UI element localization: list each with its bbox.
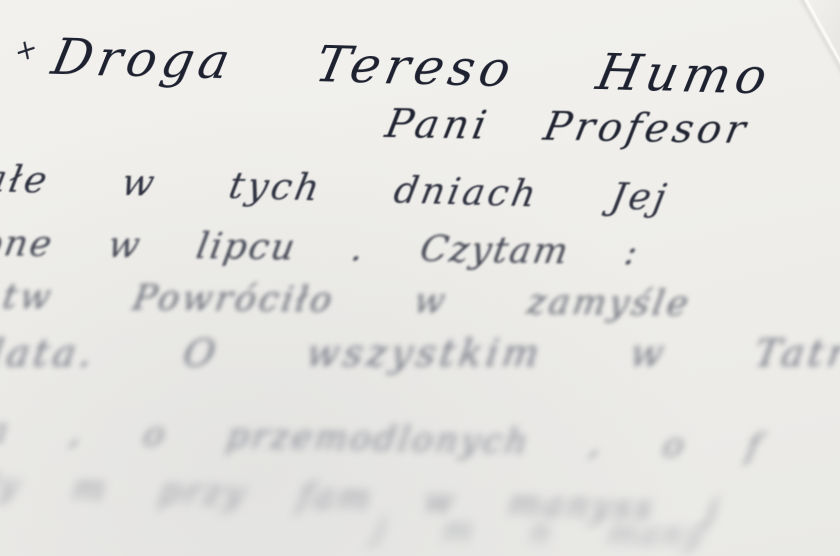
letter-photo: + Droga Tereso Humo ! Pani Profesor ałe … (0, 0, 840, 556)
handwriting-line-9-blurred: j m n many (373, 514, 708, 552)
salutation-cross-mark: + (12, 33, 40, 68)
handwriting-line-4: one w lipcu . Czytam : (0, 226, 642, 271)
handwriting-line-pani-profesor: Pani Profesor (382, 104, 752, 150)
handwriting-line-3: ałe w tych dniach Jej (0, 160, 672, 216)
handwriting-line-7-blurred: a , o przemodlonych , o f (0, 414, 765, 464)
handwriting-line-salutation: Droga Tereso Humo ! (48, 32, 840, 105)
handwriting-line-5-blurred: tw Powróciło w zamyśle (0, 280, 694, 322)
handwriting-line-6-blurred: lata. O wszystkim w Tatrach (0, 334, 840, 372)
